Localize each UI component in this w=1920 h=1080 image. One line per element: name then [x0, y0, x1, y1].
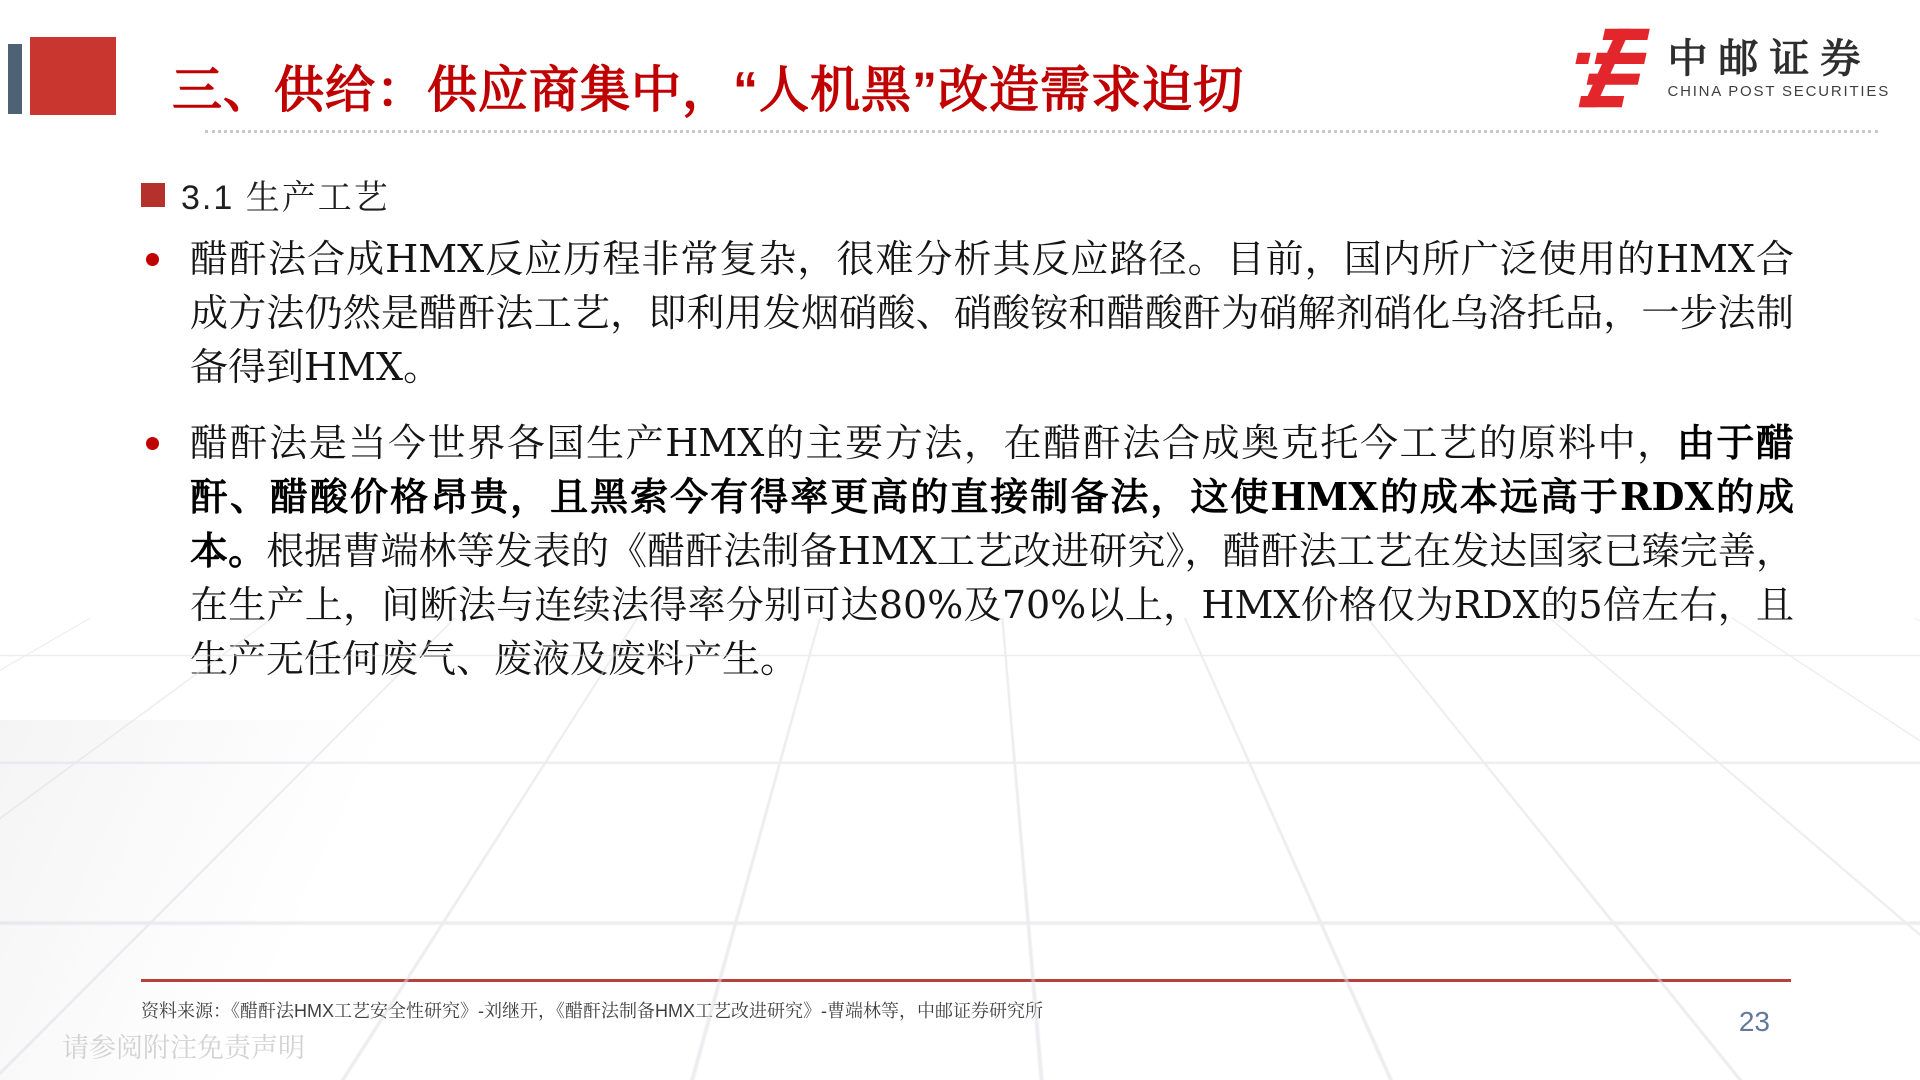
china-post-emblem-icon	[1573, 24, 1653, 112]
bullet-list: 醋酐法合成HMX反应历程非常复杂，很难分析其反应路径。目前，国内所广泛使用的HM…	[146, 232, 1794, 708]
accent-square	[30, 37, 116, 115]
bullet-paragraph-1: 醋酐法合成HMX反应历程非常复杂，很难分析其反应路径。目前，国内所广泛使用的HM…	[190, 232, 1794, 394]
section-heading-label: 3.1 生产工艺	[181, 170, 390, 219]
accent-bar	[8, 44, 22, 114]
bullet-dot-icon	[146, 253, 159, 266]
company-logo: 中邮证券 CHINA POST SECURITIES	[1573, 24, 1890, 112]
logo-name-cn: 中邮证券	[1667, 37, 1890, 81]
section-heading: 3.1 生产工艺	[141, 170, 390, 219]
logo-name-en: CHINA POST SECURITIES	[1667, 83, 1890, 100]
page-title: 三、供给：供应商集中，“人机黑”改造需求迫切	[172, 50, 1244, 122]
bullet-paragraph-2: 醋酐法是当今世界各国生产HMX的主要方法，在醋酐法合成奥克托今工艺的原料中，由于…	[190, 416, 1794, 686]
logo-text: 中邮证券 CHINA POST SECURITIES	[1667, 37, 1890, 100]
footer-divider-line	[141, 979, 1791, 982]
bullet-dot-icon	[146, 437, 159, 450]
slide: 三、供给：供应商集中，“人机黑”改造需求迫切 中邮证券 CHINA POST S…	[0, 0, 1920, 1080]
page-number: 23	[1739, 1006, 1770, 1038]
disclaimer-note: 请参阅附注免责声明	[62, 1026, 305, 1065]
bullet-item-2: 醋酐法是当今世界各国生产HMX的主要方法，在醋酐法合成奥克托今工艺的原料中，由于…	[146, 416, 1794, 686]
bullet-item-1: 醋酐法合成HMX反应历程非常复杂，很难分析其反应路径。目前，国内所广泛使用的HM…	[146, 232, 1794, 394]
section-square-icon	[141, 183, 165, 207]
dotted-divider	[205, 130, 1878, 133]
source-note: 资料来源：《醋酐法HMX工艺安全性研究》-刘继开，《醋酐法制备HMX工艺改进研究…	[141, 997, 1043, 1023]
